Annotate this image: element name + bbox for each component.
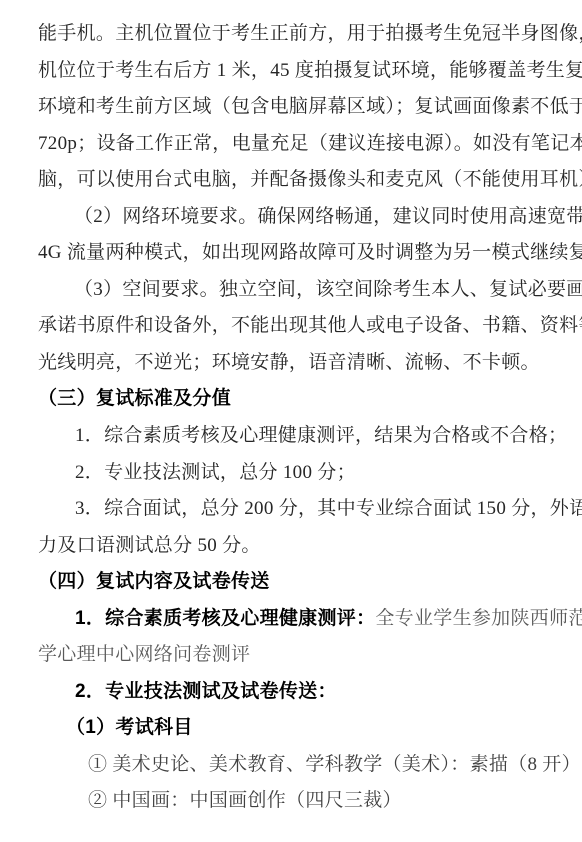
text-line: 4G 流量两种模式，如出现网路故障可及时调整为另一模式继续复试。: [38, 235, 545, 272]
document-page: 能手机。主机位置位于考生正前方，用于拍摄考生免冠半身图像，副 机位位于考生右后方…: [0, 0, 582, 842]
list-item: 2．专业技法测试，总分 100 分；: [38, 455, 545, 492]
paragraph-network-requirements: （2）网络环境要求。确保网络畅通，建议同时使用高速宽带和: [38, 199, 545, 236]
text-line: 脑，可以使用台式电脑，并配备摄像头和麦克风（不能使用耳机）。: [38, 162, 545, 199]
text-line: 720p；设备工作正常，电量充足（建议连接电源）。如没有笔记本电: [38, 126, 545, 163]
gray-text: 全专业学生参加陕西师范大: [375, 608, 582, 629]
text-line: 学心理中心网络问卷测评: [38, 637, 545, 674]
text-line: 机位位于考生右后方 1 米，45 度拍摄复试环境，能够覆盖考生复试: [38, 53, 545, 90]
text-line: 力及口语测试总分 50 分。: [38, 528, 545, 565]
list-item-circled-2: ② 中国画：中国画创作（四尺三裁）: [38, 783, 545, 820]
list-item: 1．综合素质考核及心理健康测评，结果为合格或不合格；: [38, 418, 545, 455]
list-item-bold-label: 1．综合素质考核及心理健康测评：: [75, 608, 375, 629]
section-heading-standards-and-scores: （三）复试标准及分值: [38, 381, 545, 418]
list-item: 3．综合面试，总分 200 分，其中专业综合面试 150 分，外语听: [38, 491, 545, 528]
subheading-exam-subjects: （1）考试科目: [38, 710, 545, 747]
list-item: 1．综合素质考核及心理健康测评：全专业学生参加陕西师范大: [38, 601, 545, 638]
list-item-circled-1: ① 美术史论、美术教育、学科教学（美术）：素描（8 开）: [38, 747, 545, 784]
text-line: 环境和考生前方区域（包含电脑屏幕区域）；复试画面像素不低于: [38, 89, 545, 126]
subheading-skill-test-and-paper-delivery: 2．专业技法测试及试卷传送：: [38, 674, 545, 711]
section-heading-content-and-paper-delivery: （四）复试内容及试卷传送: [38, 564, 545, 601]
text-line: 光线明亮，不逆光；环境安静，语音清晰、流畅、不卡顿。: [38, 345, 545, 382]
paragraph-space-requirements: （3）空间要求。独立空间，该空间除考生本人、复试必要画具、: [38, 272, 545, 309]
text-line: 能手机。主机位置位于考生正前方，用于拍摄考生免冠半身图像，副: [38, 16, 545, 53]
text-line: 承诺书原件和设备外，不能出现其他人或电子设备、书籍、资料等；: [38, 308, 545, 345]
